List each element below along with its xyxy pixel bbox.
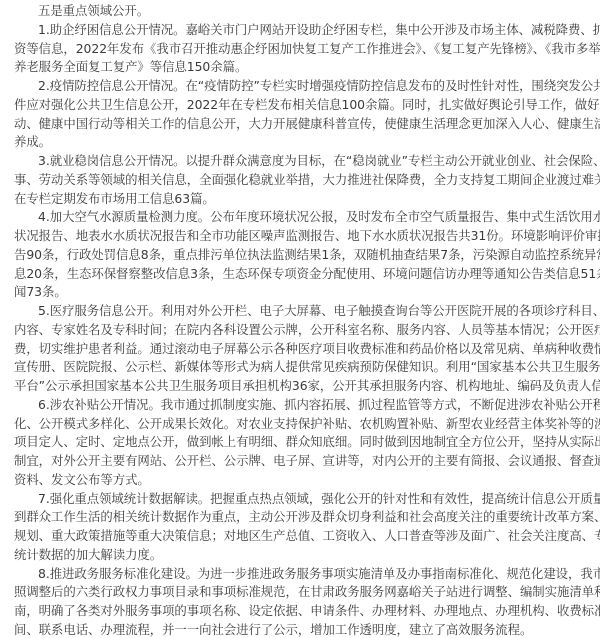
text-line: 3.就业稳岗信息公开情况。以提升群众满意度为目标，在“稳岗就业”专栏主动公开就业… xyxy=(14,152,578,171)
text-line: 8.推进政务服务标准化建设。为进一步推进政务服务事项实施清单及办事指南标准化、规… xyxy=(14,565,578,584)
text-line: 7.强化重点领域统计数据解读。把握重点热点领域，强化公开的针对性和有效性，提高统… xyxy=(14,490,578,509)
paragraph-agricultural-subsidies: 6.涉农补贴公开情况。我市通过抓制度实施、抓内容拓展、抓过程监管等方式，不断促进… xyxy=(14,396,578,490)
text-line: 2.疫情防控信息公开情况。在“疫情防控”专栏实时增强疫情防控信息发布的及时性针对… xyxy=(14,77,578,96)
text-line: 告90条，行政处罚信息8条，重点排污单位执法监测结果1条，双随机抽查结果7条，污… xyxy=(14,246,578,265)
text-line: 平台”公示承担国家基本公共卫生服务项目承担机构36家，公开其承担服务内容、机构地… xyxy=(14,377,578,396)
text-line: 项目定人、定时、定地点公开，做到帐上有明细、群众知底细。同时做到因地制宜全方位公… xyxy=(14,433,578,452)
text-line: 养成。 xyxy=(14,133,578,152)
text-line: 4.加大空气水源质量检测力度。公布年度环境状况公报，及时发布全市空气质量报告、集… xyxy=(14,208,578,227)
text-line: 1.助企纾困信息公开情况。嘉峪关市门户网站开设助企纾困专栏，集中公开涉及市场主体… xyxy=(14,21,578,40)
text-line: 照调整后的六类行政权力事项目录和事项标准规范，在甘肃政务服务网嘉峪关子站进行调整… xyxy=(14,583,578,602)
text-line: 闻73条。 xyxy=(14,283,578,302)
text-line: 宣传册、医院院报、公示栏、新媒体等形式为病人提供常见疾病预防保健知识。利用“国家… xyxy=(14,358,578,377)
paragraph-statistics-interpretation: 7.强化重点领域统计数据解读。把握重点热点领域，强化公开的针对性和有效性，提高统… xyxy=(14,490,578,565)
text-line: 状况报告、地表水水质状况报告和全市功能区噪声监测报告、地下水水质状况报告共31份… xyxy=(14,227,578,246)
paragraph-employment: 3.就业稳岗信息公开情况。以提升群众满意度为目标，在“稳岗就业”专栏主动公开就业… xyxy=(14,152,578,208)
text-line: 5.医疗服务信息公开。利用对外公开栏、电子大屏幕、电子触摸查询台等公开医院开展的… xyxy=(14,302,578,321)
text-line: 到群众工作生活的相关统计数据作为重点，主动公开涉及群众切身利益和社会高度关注的重… xyxy=(14,508,578,527)
text-line: 资料、发文公布等方式。 xyxy=(14,471,578,490)
text-line: 统计数据的加大解读力度。 xyxy=(14,546,578,565)
paragraph-government-services: 8.推进政务服务标准化建设。为进一步推进政务服务事项实施清单及办事指南标准化、规… xyxy=(14,565,578,638)
text-line: 南，明确了各类对外服务事项的事项名称、设定依据、申请条件、办理材料、办理地点、办… xyxy=(14,602,578,621)
text-line: 资等信息，2022年发布《我市召开推动惠企纾困加快复工复产工作推进会》、《复工复… xyxy=(14,40,578,59)
text-line: 间、联系电话、办理流程，并一一向社会进行了公示，增加工作透明度，建立了高效服务流… xyxy=(14,621,578,638)
text-line: 费，切实维护患者利益。通过滚动电子屏幕公示各种医疗项目收费标准和药品价格以及常见… xyxy=(14,340,578,359)
text-line: 养老服务全面复工复产》等信息150余篇。 xyxy=(14,58,578,77)
text-line: 内容、专家姓名及专科时间；在院内各科设置公示牌，公开科室名称、服务内容、人员等基… xyxy=(14,321,578,340)
section-title-text: 五是重点领域公开。 xyxy=(14,2,578,21)
section-title: 五是重点领域公开。 xyxy=(14,2,578,21)
text-line: 制宜，对外公开主要有网站、公开栏、公示牌、电子屏、宣讲等，对内公开的主要有简报、… xyxy=(14,452,578,471)
text-line: 事、劳动关系等领域的相关信息，全面强化稳就业举措，大力推进社保降费，全力支持复工… xyxy=(14,171,578,190)
paragraph-enterprise-relief: 1.助企纾困信息公开情况。嘉峪关市门户网站开设助企纾困专栏，集中公开涉及市场主体… xyxy=(14,21,578,77)
text-line: 息20条，生态环保督察整改信息3条，生态环保专项资金分配使用、环境问题信访办理等… xyxy=(14,265,578,284)
text-line: 动、健康中国行动等相关工作的信息公开，大力开展健康科普宣传，使健康生活理念更加深… xyxy=(14,115,578,134)
document-body: 五是重点领域公开。 1.助企纾困信息公开情况。嘉峪关市门户网站开设助企纾困专栏，… xyxy=(0,0,600,638)
paragraph-medical-services: 5.医疗服务信息公开。利用对外公开栏、电子大屏幕、电子触摸查询台等公开医院开展的… xyxy=(14,302,578,396)
text-line: 规划、重大政策措施等重大决策信息；对地区生产总值、工资收入、人口普查等涉及面广、… xyxy=(14,527,578,546)
text-line: 6.涉农补贴公开情况。我市通过抓制度实施、抓内容拓展、抓过程监管等方式，不断促进… xyxy=(14,396,578,415)
paragraph-epidemic-control: 2.疫情防控信息公开情况。在“疫情防控”专栏实时增强疫情防控信息发布的及时性针对… xyxy=(14,77,578,152)
text-line: 在专栏定期发布市场用工信息63篇。 xyxy=(14,190,578,209)
paragraph-air-water-quality: 4.加大空气水源质量检测力度。公布年度环境状况公报，及时发布全市空气质量报告、集… xyxy=(14,208,578,302)
text-line: 化、公开模式多样化、公开成果长效化。对农业支持保护补贴、农机购置补贴、新型农业经… xyxy=(14,415,578,434)
text-line: 件应对强化公共卫生信息公开，2022年在专栏发布相关信息100余篇。同时，扎实做… xyxy=(14,96,578,115)
